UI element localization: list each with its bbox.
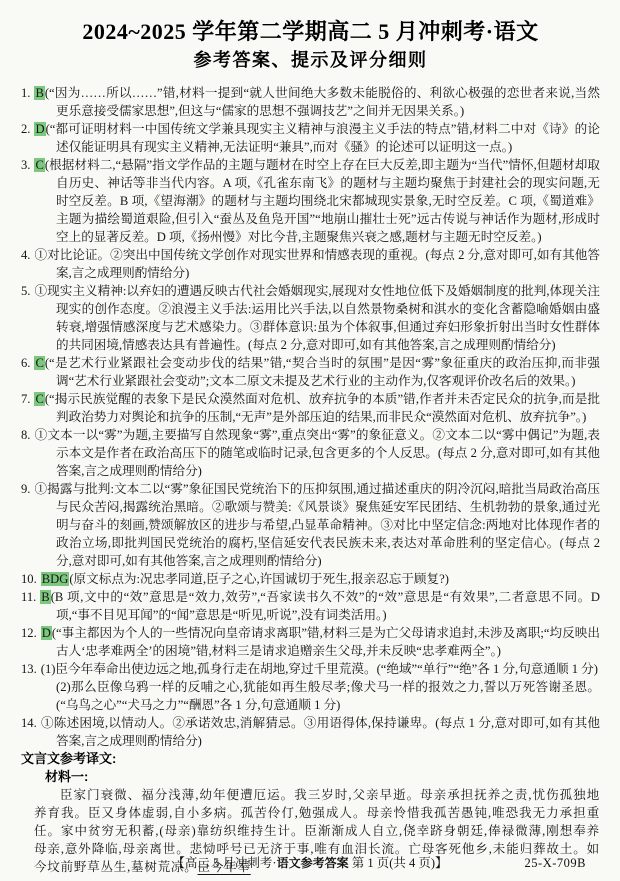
footer-pre: 【高二 5 月冲刺考· (172, 856, 276, 870)
answer-highlight: BDG (41, 572, 70, 586)
answer-item-1: 1.B(“因为……所以……”错,材料一提到“就人世间绝大多数未能脱俗的、利欲心极… (21, 84, 600, 120)
translation-heading: 文言文参考译文: (21, 750, 600, 768)
answer-item-2: 2.D(“都可证明材料一中国传统文学兼具现实主义精神与浪漫主义手法的特点”错,材… (21, 120, 600, 156)
item-number: 9. (21, 482, 30, 496)
answer-text: (“因为……所以……”错,材料一提到“就人世间绝大多数未能脱俗的、利欲心极强的恋… (45, 86, 600, 118)
item-number: 10. (21, 572, 37, 586)
answer-text: (“事主都因为个人的一些情况向皇帝请求离职”错,材料三是为亡父母请求追封,未涉及… (52, 626, 600, 658)
answer-text: (根据材料二,“悬隔”指文学作品的主题与题材在时空上存在巨大反差,即主题为“当代… (45, 158, 600, 244)
answer-item-3: 3.C(根据材料二,“悬隔”指文学作品的主题与题材在时空上存在巨大反差,即主题为… (21, 156, 600, 246)
item-number: 13. (21, 662, 37, 676)
footer-paper-code: 25-X-709B (525, 855, 586, 871)
answer-item-4: 4.①对比论证。②突出中国传统文学创作对现实世界和情感表现的重视。(每点 2 分… (21, 246, 600, 282)
page-subtitle: 参考答案、提示及评分细则 (21, 48, 600, 72)
answer-list: 1.B(“因为……所以……”错,材料一提到“就人世间绝大多数未能脱俗的、利欲心极… (21, 84, 600, 750)
answer-sheet-page: 2024~2025 学年第二学期高二 5 月冲刺考·语文 参考答案、提示及评分细… (0, 0, 620, 881)
answer-item-13: 13.(1)臣今年奉命出使边远之地,孤身行走在胡地,穿过千里荒漠。(“绝域”“单… (21, 660, 600, 714)
answer-item-14: 14.①陈述困境,以情动人。②承诺效忠,消解猜忌。③用语得体,保持谦卑。(每点 … (21, 714, 600, 750)
answer-text: (原文标点为:况忠孝同道,臣子之心,许国诚切于死生,报亲忍忘于顾复?) (69, 572, 449, 586)
footer-page-number: 第 1 页(共 4 页)】 (349, 856, 448, 870)
item-number: 7. (21, 392, 30, 406)
answer-item-8: 8.①文本一以“雾”为题,主要描写自然现象“雾”,重点突出“雾”的象征意义。②文… (21, 426, 600, 480)
item-number: 8. (21, 428, 30, 442)
item-number: 4. (21, 248, 30, 262)
answer-text: (“揭示民族觉醒的表象下是民众漠然面对危机、放弃抗争的本质”错,作者并未否定民众… (45, 392, 600, 424)
item-number: 3. (21, 158, 30, 172)
answer-item-10: 10.BDG(原文标点为:况忠孝同道,臣子之心,许国诚切于死生,报亲忍忘于顾复?… (21, 570, 600, 588)
answer-item-6: 6.C(“是艺术行业紧跟社会变动步伐的结果”错,“契合当时的氛围”是因“雾”象征… (21, 354, 600, 390)
item-number: 14. (21, 716, 37, 730)
item-number: 12. (21, 626, 37, 640)
answer-text: (1)臣今年奉命出使边远之地,孤身行走在胡地,穿过千里荒漠。(“绝域”“单行”“… (41, 662, 598, 676)
answer-highlight: B (34, 86, 44, 100)
item-number: 11. (21, 590, 36, 604)
footer-title: 语文参考答案 (277, 856, 349, 870)
item-number: 1. (21, 86, 30, 100)
answer-text: (“都可证明材料一中国传统文学兼具现实主义精神与浪漫主义手法的特点”错,材料二中… (46, 122, 600, 154)
answer-item-5: 5.①现实主义精神:以弃妇的遭遇反映古代社会婚姻现实,展现对女性地位低下及婚姻制… (21, 282, 600, 354)
answer-highlight: B (40, 590, 50, 604)
page-title: 2024~2025 学年第二学期高二 5 月冲刺考·语文 (21, 18, 600, 46)
page-footer: 【高二 5 月冲刺考·语文参考答案 第 1 页(共 4 页)】 25-X-709… (0, 855, 620, 871)
answer-highlight: C (34, 392, 44, 406)
answer-text: (B 项,文中的“效”意思是“效力,效劳”,“吾家读书久不效”的“效”意思是“有… (51, 590, 600, 622)
answer-highlight: C (34, 356, 44, 370)
answer-item-9: 9.①揭露与批判:文本二以“雾”象征国民党统治下的压抑氛围,通过描述重庆的阴冷沉… (21, 480, 600, 570)
translation-material-label: 材料一: (21, 768, 600, 786)
item-number: 2. (21, 122, 30, 136)
answer-text: ①现实主义精神:以弃妇的遭遇反映古代社会婚姻现实,展现对女性地位低下及婚姻制度的… (34, 284, 600, 352)
answer-highlight: D (34, 122, 45, 136)
answer-highlight: D (41, 626, 52, 640)
answer-item-11: 11.B(B 项,文中的“效”意思是“效力,效劳”,“吾家读书久不效”的“效”意… (21, 588, 600, 624)
answer-item-7: 7.C(“揭示民族觉醒的表象下是民众漠然面对危机、放弃抗争的本质”错,作者并未否… (21, 390, 600, 426)
answer-text: ①陈述困境,以情动人。②承诺效忠,消解猜忌。③用语得体,保持谦卑。(每点 1 分… (41, 716, 600, 748)
answer-text: ①对比论证。②突出中国传统文学创作对现实世界和情感表现的重视。(每点 2 分,意… (34, 248, 600, 280)
answer-text-part2: (2)那么臣像乌鸦一样的反哺之心,犹能如再生般尽孝;像犬马一样的报效之力,誓以万… (56, 678, 600, 714)
answer-highlight: C (34, 158, 44, 172)
item-number: 5. (21, 284, 30, 298)
answer-item-12: 12.D(“事主都因为个人的一些情况向皇帝请求离职”错,材料三是为亡父母请求追封… (21, 624, 600, 660)
answer-text: (“是艺术行业紧跟社会变动步伐的结果”错,“契合当时的氛围”是因“雾”象征重庆的… (45, 356, 600, 388)
answer-text: ①揭露与批判:文本二以“雾”象征国民党统治下的压抑氛围,通过描述重庆的阴冷沉闷,… (34, 482, 600, 568)
item-number: 6. (21, 356, 30, 370)
answer-text: ①文本一以“雾”为题,主要描写自然现象“雾”,重点突出“雾”的象征意义。②文本二… (34, 428, 600, 478)
